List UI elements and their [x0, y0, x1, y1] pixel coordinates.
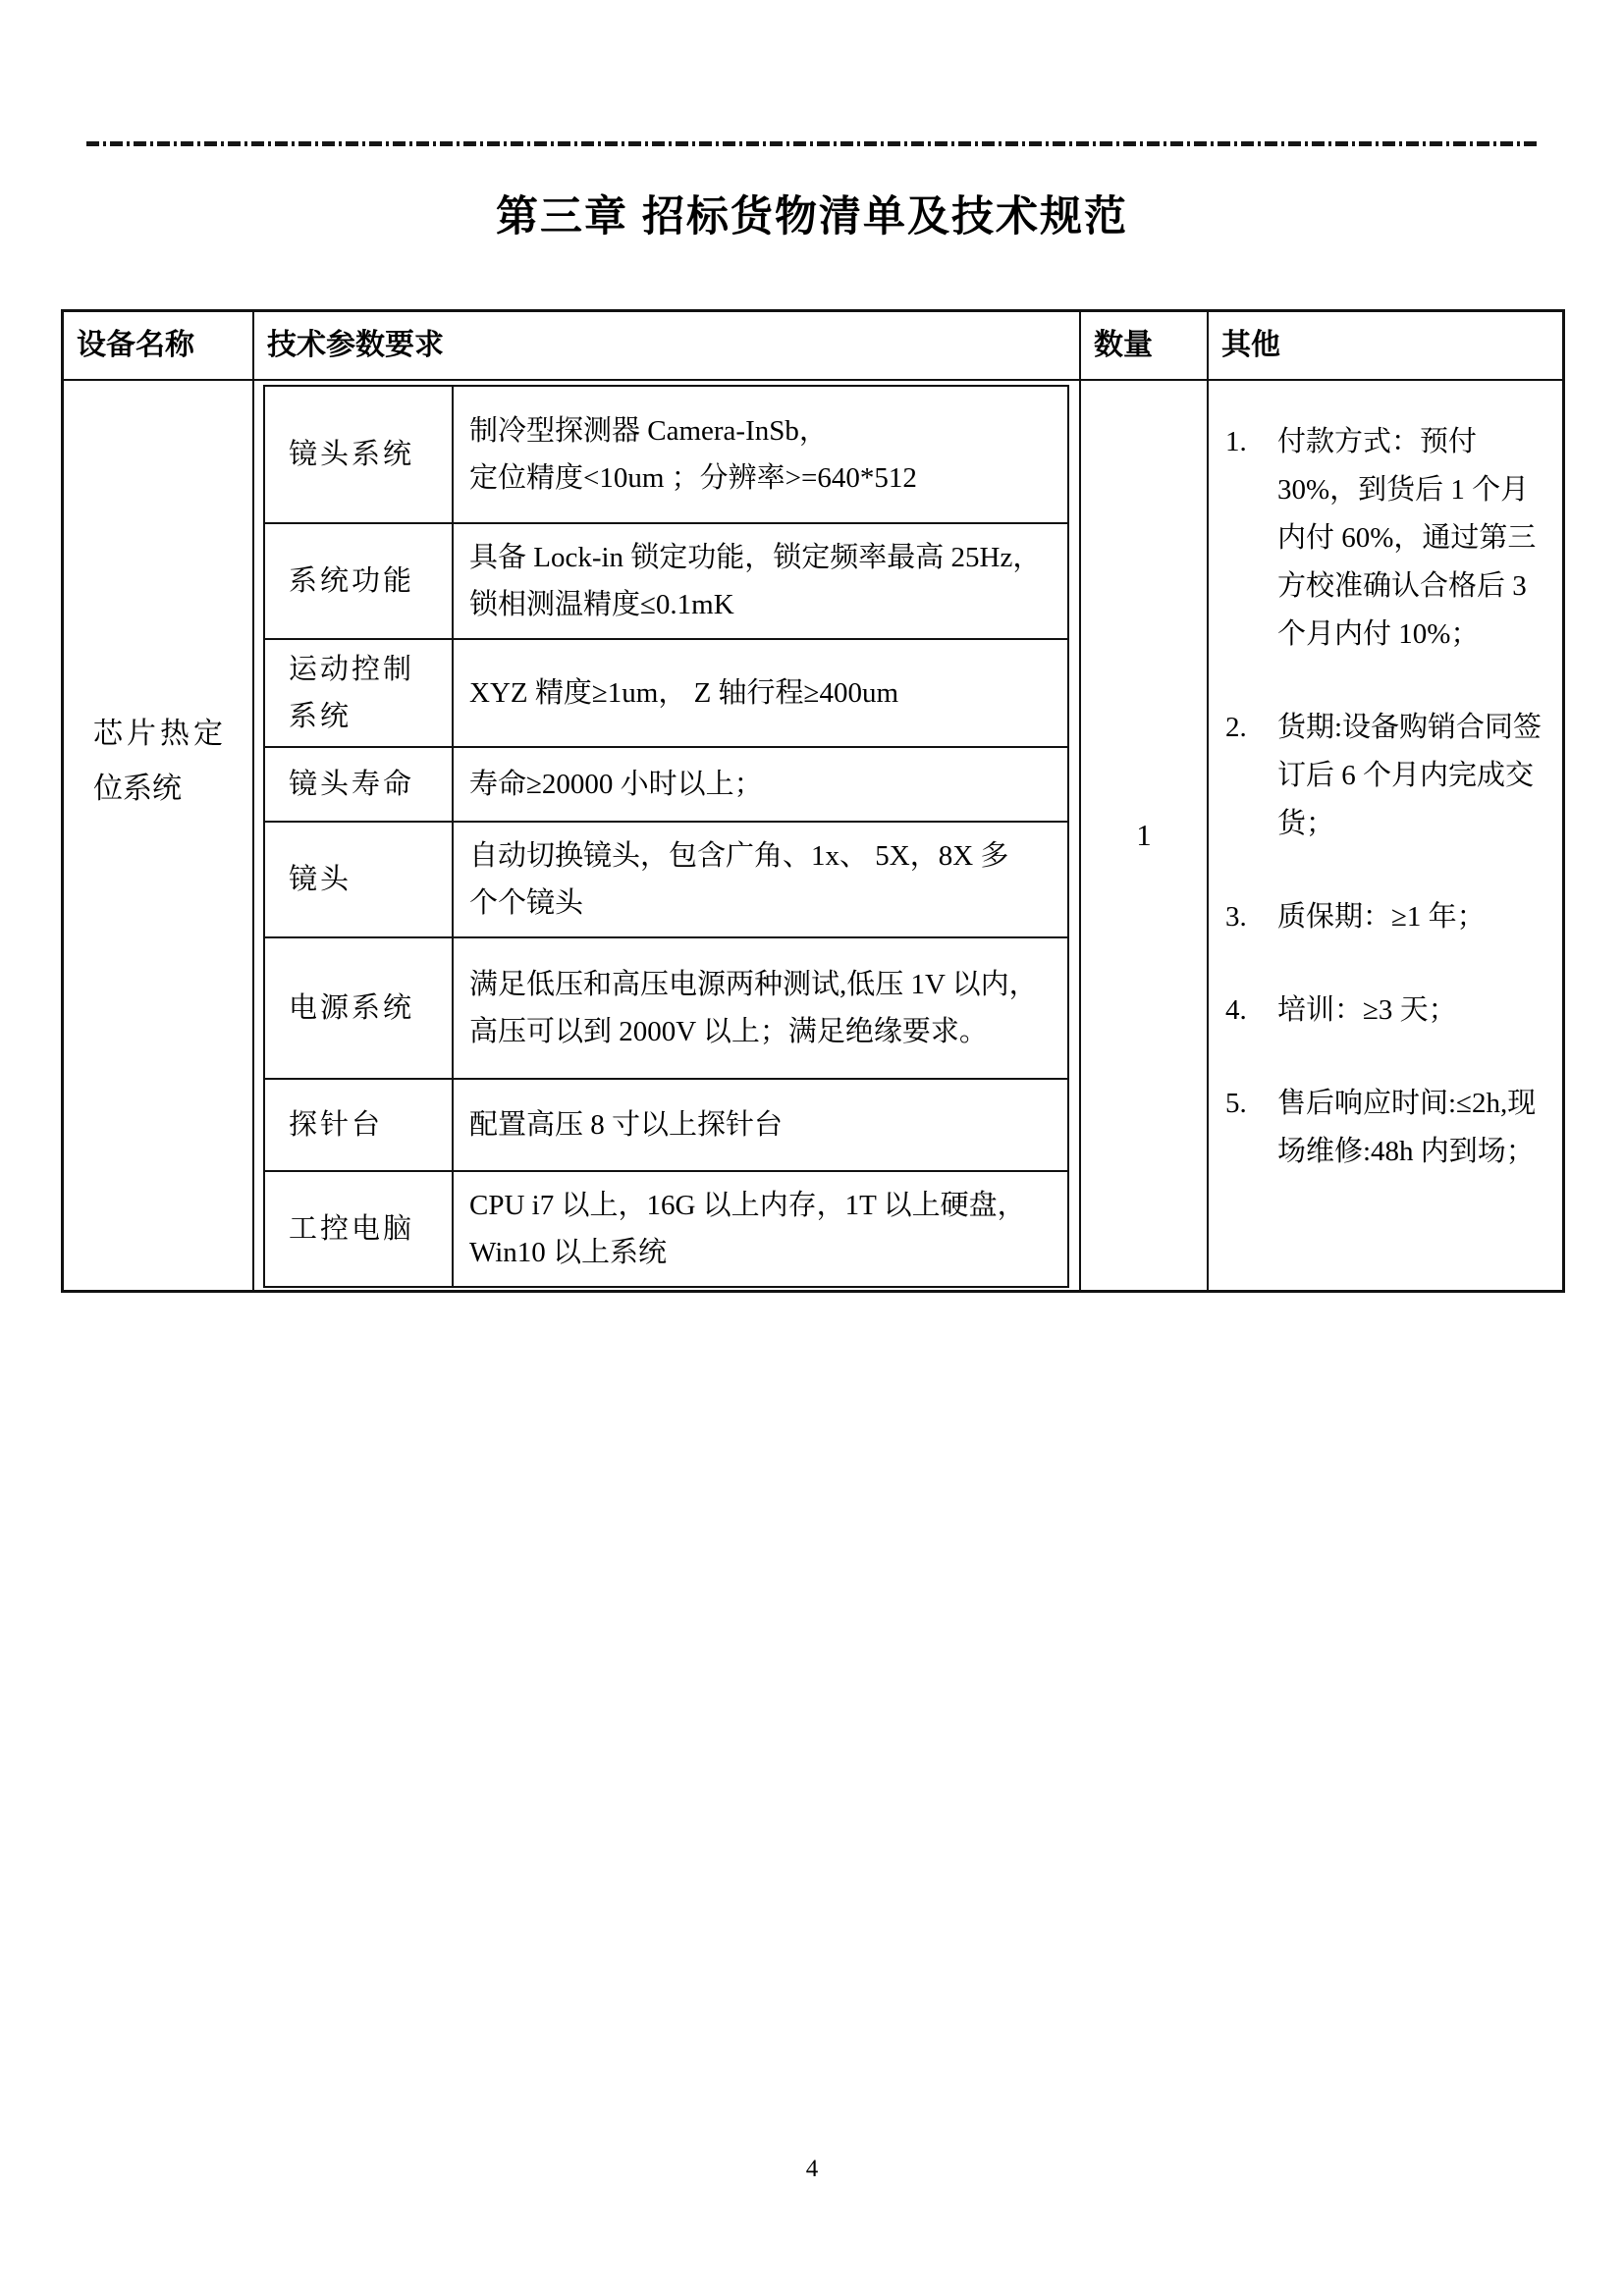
param-row: 探针台 配置高压 8 寸以上探针台 [265, 1080, 1067, 1172]
param-name: 镜头系统 [265, 387, 454, 522]
other-item-text: 质保期：≥1 年； [1277, 893, 1550, 941]
param-value: 制冷型探测器 Camera-InSb， 定位精度<10um ；分辨率>=640*… [454, 387, 1067, 522]
param-name: 探针台 [265, 1080, 454, 1170]
page-number: 4 [0, 2156, 1624, 2183]
quantity-cell: 1 [1081, 381, 1209, 1290]
document-page: 第三章 招标货物清单及技术规范 设备名称 技术参数要求 数量 其他 芯片热定位系… [0, 0, 1624, 2296]
spec-table-body-row: 芯片热定位系统 镜头系统 制冷型探测器 Camera-InSb， 定位精度<10… [64, 381, 1562, 1290]
param-value: 自动切换镜头，包含广角、1x、 5X，8X 多 个个镜头 [454, 823, 1067, 936]
param-value: CPU i7 以上，16G 以上内存，1T 以上硬盘， Win10 以上系统 [454, 1172, 1067, 1286]
other-item-text: 付款方式：预付 30%，到货后 1 个月内付 60%，通过第三方校准确认合格后 … [1277, 418, 1550, 659]
other-item-text: 培训：≥3 天； [1277, 987, 1550, 1035]
other-item-text: 售后响应时间:≤2h,现场维修:48h 内到场； [1277, 1080, 1550, 1176]
tech-params-cell: 镜头系统 制冷型探测器 Camera-InSb， 定位精度<10um ；分辨率>… [254, 381, 1081, 1290]
params-nested-table: 镜头系统 制冷型探测器 Camera-InSb， 定位精度<10um ；分辨率>… [263, 385, 1069, 1288]
other-item-number: 3. [1225, 893, 1277, 941]
chapter-title: 第三章 招标货物清单及技术规范 [0, 184, 1624, 243]
other-item: 5. 售后响应时间:≤2h,现场维修:48h 内到场； [1225, 1080, 1550, 1176]
param-name: 运动控制系统 [265, 640, 454, 746]
param-row: 运动控制系统 XYZ 精度≥1um， Z 轴行程≥400um [265, 640, 1067, 748]
dash-dot-divider [86, 141, 1540, 146]
other-item-number: 4. [1225, 987, 1277, 1035]
device-name-cell: 芯片热定位系统 [64, 381, 254, 1290]
param-name: 系统功能 [265, 524, 454, 638]
param-value: 具备 Lock-in 锁定功能，锁定频率最高 25Hz， 锁相测温精度≤0.1m… [454, 524, 1067, 638]
other-item-text: 货期:设备购销合同签订后 6 个月内完成交货； [1277, 704, 1550, 848]
other-conditions-cell: 1. 付款方式：预付 30%，到货后 1 个月内付 60%，通过第三方校准确认合… [1209, 381, 1562, 1290]
other-item-number: 1. [1225, 418, 1277, 659]
param-value: 寿命≥20000 小时以上； [454, 748, 1067, 821]
param-row: 镜头 自动切换镜头，包含广角、1x、 5X，8X 多 个个镜头 [265, 823, 1067, 938]
header-device-name: 设备名称 [64, 312, 254, 379]
other-item: 3. 质保期：≥1 年； [1225, 893, 1550, 941]
param-row: 镜头寿命 寿命≥20000 小时以上； [265, 748, 1067, 823]
param-value: 配置高压 8 寸以上探针台 [454, 1080, 1067, 1170]
other-item: 2. 货期:设备购销合同签订后 6 个月内完成交货； [1225, 704, 1550, 848]
param-row: 系统功能 具备 Lock-in 锁定功能，锁定频率最高 25Hz， 锁相测温精度… [265, 524, 1067, 640]
other-item-number: 2. [1225, 704, 1277, 848]
spec-table: 设备名称 技术参数要求 数量 其他 芯片热定位系统 镜头系统 制冷型探测器 Ca… [61, 309, 1565, 1293]
param-name: 镜头 [265, 823, 454, 936]
other-item-number: 5. [1225, 1080, 1277, 1176]
param-value: 满足低压和高压电源两种测试,低压 1V 以内， 高压可以到 2000V 以上；满… [454, 938, 1067, 1078]
param-value: XYZ 精度≥1um， Z 轴行程≥400um [454, 640, 1067, 746]
param-row: 工控电脑 CPU i7 以上，16G 以上内存，1T 以上硬盘， Win10 以… [265, 1172, 1067, 1286]
header-quantity: 数量 [1081, 312, 1209, 379]
param-row: 电源系统 满足低压和高压电源两种测试,低压 1V 以内， 高压可以到 2000V… [265, 938, 1067, 1080]
device-name-text: 芯片热定位系统 [93, 707, 223, 817]
param-row: 镜头系统 制冷型探测器 Camera-InSb， 定位精度<10um ；分辨率>… [265, 387, 1067, 524]
param-name: 电源系统 [265, 938, 454, 1078]
other-item: 4. 培训：≥3 天； [1225, 987, 1550, 1035]
quantity-value: 1 [1136, 812, 1152, 859]
param-name: 镜头寿命 [265, 748, 454, 821]
param-name: 工控电脑 [265, 1172, 454, 1286]
other-item: 1. 付款方式：预付 30%，到货后 1 个月内付 60%，通过第三方校准确认合… [1225, 418, 1550, 659]
header-other: 其他 [1209, 312, 1562, 379]
header-tech-params: 技术参数要求 [254, 312, 1081, 379]
spec-table-header-row: 设备名称 技术参数要求 数量 其他 [64, 312, 1562, 381]
